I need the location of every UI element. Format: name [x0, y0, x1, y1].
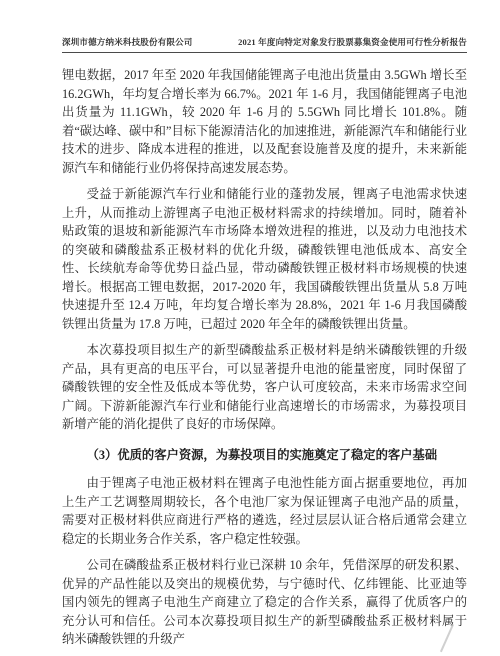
- paragraph-new-material-upgrade: 本次募投项目拟生产的新型磷酸盐系正极材料是纳米磷酸铁锂的升级产品，具有更高的电压…: [62, 341, 467, 434]
- document-page: 深圳市德方纳米科技股份有限公司 2021 年度向特定对象发行股票募集资金使用可行…: [0, 0, 500, 656]
- paragraph-lithium-shipments: 锂电数据，2017 年至 2020 年我国储能锂离子电池出货量由 3.5GWh …: [62, 66, 467, 177]
- section-heading-customer-resources: （3）优质的客户资源，为募投项目的实施奠定了稳定的客户基础: [62, 446, 467, 465]
- paragraph-cathode-demand: 受益于新能源汽车行业和储能行业的蓬勃发展，锂离子电池需求快速上升，从而推动上游锂…: [62, 185, 467, 333]
- paragraph-supplier-selection: 由于锂离子电池正极材料在锂离子电池性能方面占据重要地位，再加上生产工艺调整周期较…: [62, 474, 467, 548]
- page-content: 深圳市德方纳米科技股份有限公司 2021 年度向特定对象发行股票募集资金使用可行…: [62, 36, 467, 649]
- page-header: 深圳市德方纳米科技股份有限公司 2021 年度向特定对象发行股票募集资金使用可行…: [62, 36, 467, 53]
- header-report-title: 2021 年度向特定对象发行股票募集资金使用可行性分析报告: [238, 36, 467, 48]
- document-body: 锂电数据，2017 年至 2020 年我国储能锂离子电池出货量由 3.5GWh …: [62, 66, 467, 649]
- paragraph-company-partnerships: 公司在磷酸盐系正极材料行业已深耕 10 余年，凭借深厚的研发积累、优异的产品性能…: [62, 556, 467, 649]
- header-company-name: 深圳市德方纳米科技股份有限公司: [62, 36, 193, 48]
